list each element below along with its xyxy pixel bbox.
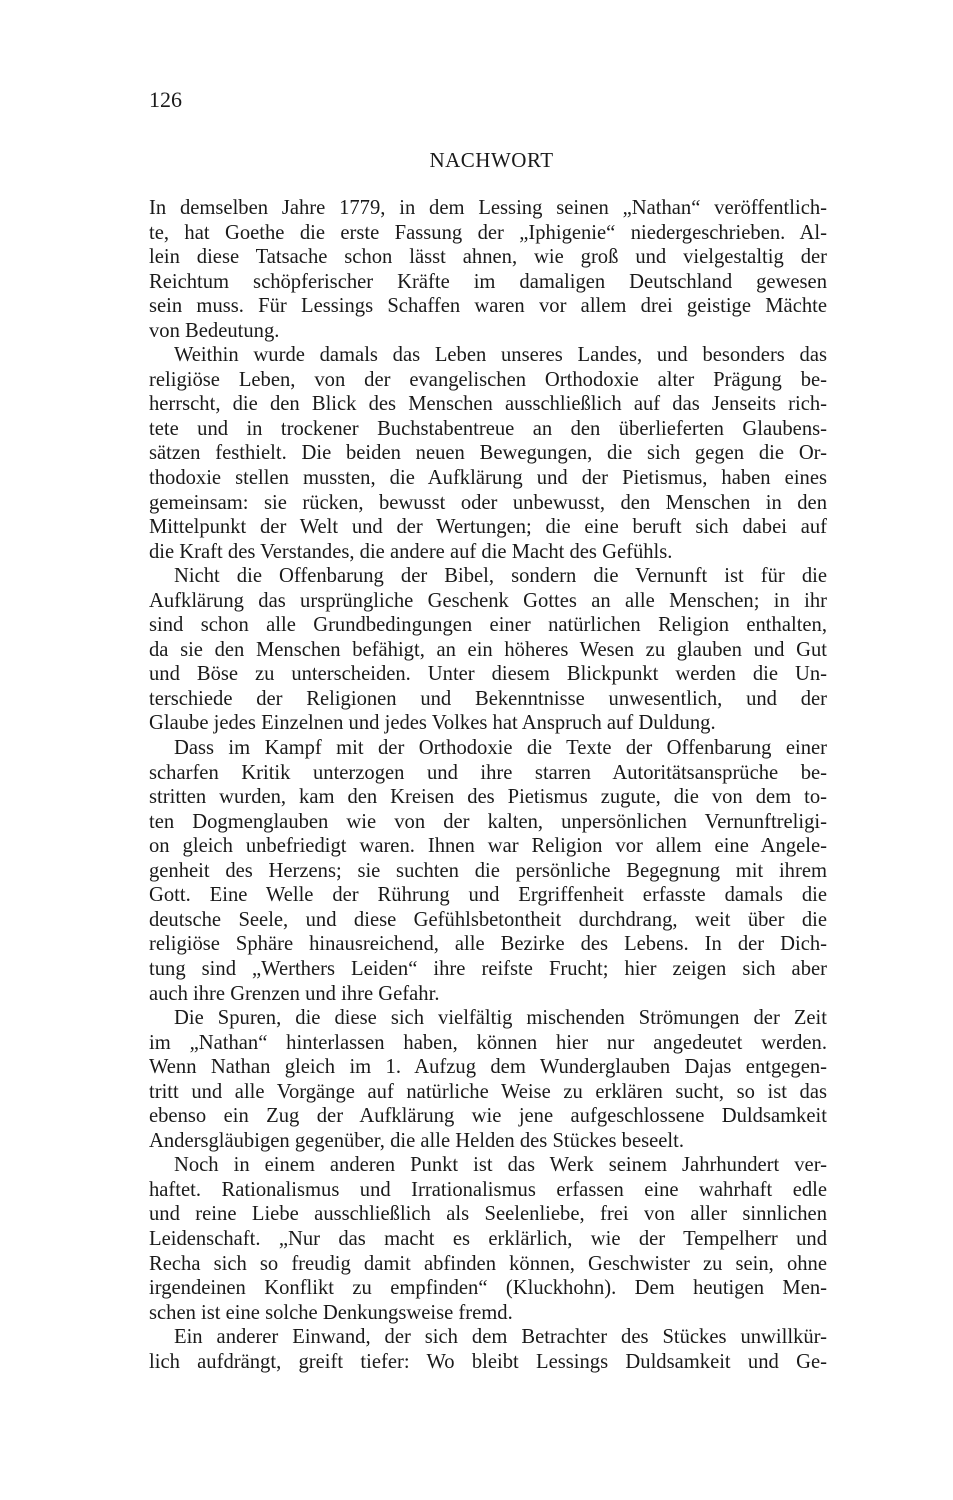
text-line: stritten wurden, kam den Kreisen des Pie…	[149, 785, 827, 810]
text-line: Weithin wurde damals das Leben unseres L…	[149, 343, 827, 368]
text-line: sätzen festhielt. Die beiden neuen Beweg…	[149, 441, 827, 466]
text-line: Andersgläubigen gegenüber, die alle Held…	[149, 1129, 827, 1154]
text-line: Gott. Eine Welle der Rührung und Ergriff…	[149, 883, 827, 908]
text-line: tritt und alle Vorgänge auf natürliche W…	[149, 1080, 827, 1105]
text-line: tete und in trockener Buchstabentreue an…	[149, 417, 827, 442]
text-line: lich aufdrängt, greift tiefer: Wo bleibt…	[149, 1350, 827, 1375]
text-line: Reichtum schöpferischer Kräfte im damali…	[149, 270, 827, 295]
text-line: Aufklärung das ursprüngliche Geschenk Go…	[149, 589, 827, 614]
text-line: sein muss. Für Lessings Schaffen waren v…	[149, 294, 827, 319]
text-line: te, hat Goethe die erste Fassung der „Ip…	[149, 221, 827, 246]
text-line: auch ihre Grenzen und ihre Gefahr.	[149, 982, 827, 1007]
text-line: herrscht, die den Blick des Menschen aus…	[149, 392, 827, 417]
text-line: lein diese Tatsache schon lässt ahnen, w…	[149, 245, 827, 270]
body-text: In demselben Jahre 1779, in dem Lessing …	[149, 196, 827, 1374]
text-line: Mittelpunkt der Welt und der Wertungen; …	[149, 515, 827, 540]
text-line: religiöse Sphäre hinausreichend, alle Be…	[149, 932, 827, 957]
paragraph: Die Spuren, die diese sich vielfältig mi…	[149, 1006, 827, 1153]
page-number: 126	[149, 86, 182, 114]
text-line: Wenn Nathan gleich im 1. Aufzug dem Wund…	[149, 1055, 827, 1080]
text-line: da sie den Menschen befähigt, an ein höh…	[149, 638, 827, 663]
text-line: von Bedeutung.	[149, 319, 827, 344]
text-line: genheit des Herzens; sie suchten die per…	[149, 859, 827, 884]
text-line: Die Spuren, die diese sich vielfältig mi…	[149, 1006, 827, 1031]
text-line: im „Nathan“ hinterlassen haben, können h…	[149, 1031, 827, 1056]
text-line: In demselben Jahre 1779, in dem Lessing …	[149, 196, 827, 221]
text-line: Noch in einem anderen Punkt ist das Werk…	[149, 1153, 827, 1178]
text-line: die Kraft des Verstandes, die andere auf…	[149, 540, 827, 565]
text-line: haftet. Rationalismus und Irrationalismu…	[149, 1178, 827, 1203]
book-page: 126 NACHWORT In demselben Jahre 1779, in…	[0, 0, 953, 1500]
paragraph: Nicht die Offenbarung der Bibel, sondern…	[149, 564, 827, 736]
paragraph: Noch in einem anderen Punkt ist das Werk…	[149, 1153, 827, 1325]
text-line: deutsche Seele, und diese Gefühlsbetonth…	[149, 908, 827, 933]
text-line: religiöse Leben, von der evangelischen O…	[149, 368, 827, 393]
text-line: ten Dogmenglauben wie von der kalten, un…	[149, 810, 827, 835]
text-line: tung sind „Werthers Leiden“ ihre reifste…	[149, 957, 827, 982]
text-line: und Böse zu unterscheiden. Unter diesem …	[149, 662, 827, 687]
text-line: Glaube jedes Einzelnen und jedes Volkes …	[149, 711, 827, 736]
text-line: Dass im Kampf mit der Orthodoxie die Tex…	[149, 736, 827, 761]
text-line: schen ist eine solche Denkungsweise frem…	[149, 1301, 827, 1326]
paragraph: Ein anderer Einwand, der sich dem Betrac…	[149, 1325, 827, 1374]
chapter-title: NACHWORT	[0, 146, 953, 174]
text-line: terschiede der Religionen und Bekenntnis…	[149, 687, 827, 712]
text-line: Leidenschaft. „Nur das macht es erklärli…	[149, 1227, 827, 1252]
text-line: on gleich unbefriedigt waren. Ihnen war …	[149, 834, 827, 859]
text-line: scharfen Kritik unterzogen und ihre star…	[149, 761, 827, 786]
paragraph: Dass im Kampf mit der Orthodoxie die Tex…	[149, 736, 827, 1006]
text-line: ebenso ein Zug der Aufklärung wie jene a…	[149, 1104, 827, 1129]
text-line: sind schon alle Grundbedingungen einer n…	[149, 613, 827, 638]
text-line: gemeinsam: sie rücken, bewusst oder unbe…	[149, 491, 827, 516]
text-line: Recha sich so freudig damit abfinden kön…	[149, 1252, 827, 1277]
text-line: Ein anderer Einwand, der sich dem Betrac…	[149, 1325, 827, 1350]
text-line: thodoxie stellen mussten, die Aufklärung…	[149, 466, 827, 491]
paragraph: Weithin wurde damals das Leben unseres L…	[149, 343, 827, 564]
text-line: Nicht die Offenbarung der Bibel, sondern…	[149, 564, 827, 589]
paragraph: In demselben Jahre 1779, in dem Lessing …	[149, 196, 827, 343]
text-line: irgendeinen Konflikt zu empfinden“ (Kluc…	[149, 1276, 827, 1301]
text-line: und reine Liebe ausschließlich als Seele…	[149, 1202, 827, 1227]
